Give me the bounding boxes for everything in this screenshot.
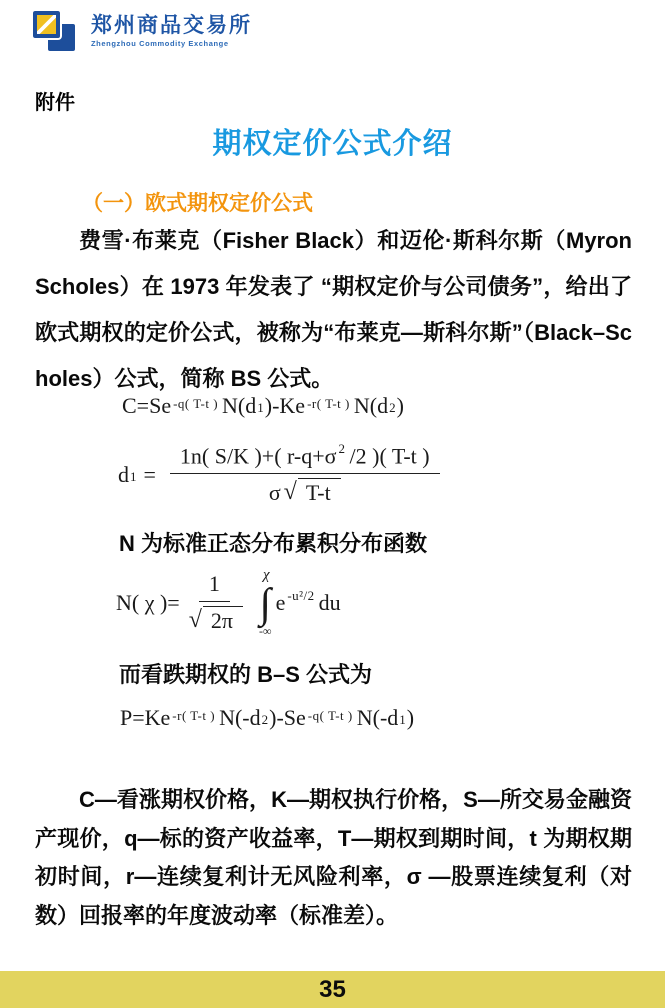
page-number: 35 <box>319 976 346 1004</box>
exchange-logo-icon <box>33 11 82 56</box>
attachment-label: 附件 <box>35 86 75 115</box>
d1-fraction: 1n( S/K )+( r-q+σ2/2 )( T-t ) σ√T-t <box>170 443 440 506</box>
variables-paragraph: C—看涨期权价格，K—期权执行价格，S—所交易金融资产现价，q—标的资产收益率，… <box>35 781 632 935</box>
document-page: 郑州商品交易所 Zhengzhou Commodity Exchange 附件 … <box>0 0 665 1008</box>
footer-bar: 35 <box>0 971 665 1008</box>
ncdf-fraction: 1 √2π <box>186 571 243 634</box>
intro-paragraph: 费雪·布莱克（Fisher Black）和迈伦·斯科尔斯（Myron Schol… <box>35 218 632 402</box>
note-normal-cdf: N 为标准正态分布累积分布函数 <box>119 527 427 558</box>
exchange-name-cn: 郑州商品交易所 <box>91 14 252 37</box>
formula-normal-cdf: N( χ )= 1 √2π χ ∫ -∞ e-u²/2du <box>116 568 341 637</box>
logo-z-motif <box>37 15 56 34</box>
page-title: 期权定价公式介绍 <box>0 121 665 162</box>
exchange-name-en: Zhengzhou Commodity Exchange <box>91 39 252 48</box>
radical-sign: √ <box>284 479 297 506</box>
note-put-formula: 而看跌期权的 B–S 公式为 <box>119 658 372 689</box>
section-heading: （一）欧式期权定价公式 <box>82 187 313 217</box>
formula-d1: d1= 1n( S/K )+( r-q+σ2/2 )( T-t ) σ√T-t <box>118 443 446 506</box>
integral: χ ∫ -∞ <box>259 568 272 637</box>
exchange-logo: 郑州商品交易所 Zhengzhou Commodity Exchange <box>33 11 252 56</box>
logo-front-square <box>33 11 60 38</box>
d1-denominator: σ√T-t <box>269 474 341 506</box>
d1-numerator: 1n( S/K )+( r-q+σ2/2 )( T-t ) <box>170 443 440 474</box>
formula-call-option: C=Se-q( T-t )N(d1)-Ke-r( T-t )N(d2) <box>122 393 404 419</box>
radical-sign: √ <box>189 607 202 634</box>
integral-sign: ∫ <box>260 583 272 625</box>
integral-lower-bound: -∞ <box>259 625 272 637</box>
formula-put-option: P=Ke-r( T-t )N(-d2)-Se-q( T-t )N(-d1) <box>120 705 414 731</box>
